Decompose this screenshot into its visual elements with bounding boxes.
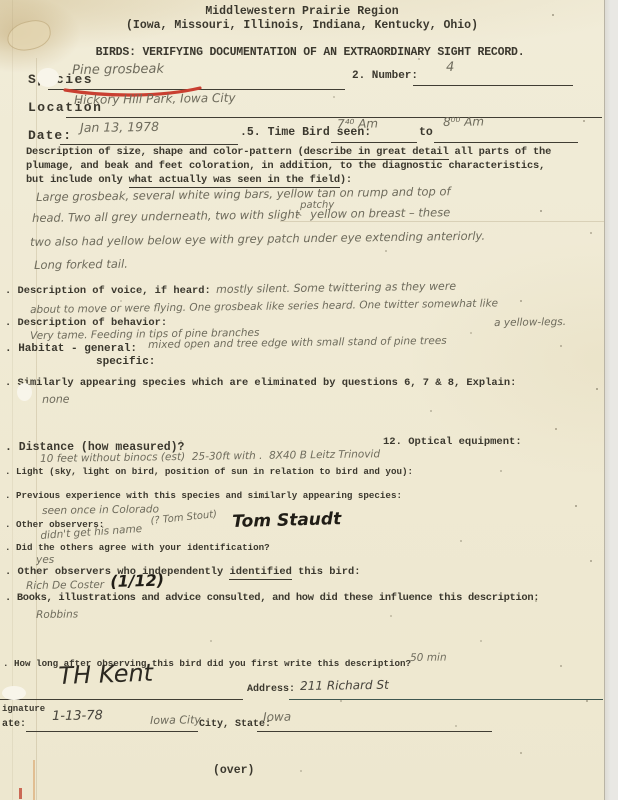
signature-line <box>0 699 243 700</box>
habitat-general-label: . Habitat - general: <box>5 343 137 355</box>
date-value: Jan 13, 1978 <box>80 119 159 135</box>
independent-label: . Other observers who independently iden… <box>5 566 360 578</box>
previous-experience-hand: seen once in Colorado <box>42 503 159 517</box>
number-value: 4 <box>446 60 454 75</box>
time-to-line <box>434 142 578 143</box>
address-label: Address: <box>247 684 295 695</box>
other-observers-marker-name: Tom Staudt <box>232 509 341 532</box>
books-hand: Robbins <box>36 608 78 621</box>
time-from-line <box>331 142 417 143</box>
over-label: (over) <box>213 764 254 777</box>
agree-hand: yes <box>36 554 54 566</box>
signature-hand: TH Kent <box>58 659 154 690</box>
species-value: Pine grosbeak <box>72 62 164 78</box>
description-hand-line4: Long forked tail. <box>34 257 128 272</box>
location-value: Hickory Hill Park, Iowa City <box>74 91 236 107</box>
city-state-label: City, State: <box>199 719 271 730</box>
city-hand: Iowa City <box>150 713 201 727</box>
habitat-specific-label: specific: <box>96 356 155 368</box>
previous-experience-label: . Previous experience with this species … <box>5 490 402 501</box>
similar-whiteout-blotch <box>17 383 32 401</box>
scanner-margin <box>604 0 618 800</box>
description-insert-caret: ^ <box>295 213 303 223</box>
address-value: 211 Richard St <box>300 678 389 693</box>
behavior-label: . Description of behavior: <box>5 317 167 329</box>
description-label-1c: all parts of the <box>449 146 552 158</box>
voice-hand-line3: a yellow-legs. <box>494 316 566 329</box>
light-label: . Light (sky, light on bird, position of… <box>5 466 413 477</box>
scanned-form: Middlewestern Prairie Region (Iowa, Miss… <box>0 0 618 800</box>
fold-crease-horizontal <box>280 221 604 222</box>
independent-label-b-underlined: identified <box>229 566 291 580</box>
location-line <box>66 117 602 118</box>
date-sign-value: 1-13-78 <box>52 708 103 724</box>
description-label-3c: ): <box>340 174 352 186</box>
description-label-1a: Description of size, shape and color-pat… <box>26 146 304 158</box>
state-line <box>257 731 492 732</box>
edge-crease <box>12 0 13 800</box>
date-line <box>60 144 238 145</box>
paper-speckles <box>0 0 2 2</box>
description-label-1b-underlined: describe in great detail <box>304 146 449 160</box>
time-to-value: 8⁰⁰ Am <box>443 114 484 129</box>
date-label: Date: <box>28 128 72 143</box>
header-region: Middlewestern Prairie Region <box>0 5 604 18</box>
date-sign-label: ate: <box>2 719 26 730</box>
write-delay-hand: 50 min <box>410 651 447 664</box>
crease-bottom-tint <box>33 760 35 800</box>
number-line <box>413 85 573 86</box>
independent-hand-name: Rich De Coster <box>26 579 104 592</box>
time-to-label: to <box>419 126 433 139</box>
agree-label: . Did the others agree with your identif… <box>5 542 270 553</box>
time-from-value: 7⁴⁰ Am <box>337 116 378 131</box>
description-label-line3: but include only what actually was seen … <box>26 174 352 186</box>
description-label-3a: but include only <box>26 174 129 186</box>
date-sign-line <box>26 731 198 732</box>
header-states: (Iowa, Missouri, Illinois, Indiana, Kent… <box>0 19 604 32</box>
signature-whiteout-blotch <box>2 686 26 700</box>
number-label: 2. Number: <box>352 70 418 82</box>
address-line <box>289 699 603 700</box>
edge-red-mark <box>19 788 22 799</box>
form-title: BIRDS: VERIFYING DOCUMENTATION OF AN EXT… <box>0 46 618 59</box>
species-whiteout-blotch <box>37 68 59 87</box>
signature-label: ignature <box>2 704 45 714</box>
state-value: Iowa <box>263 710 291 724</box>
books-label: . Books, illustrations and advice consul… <box>5 592 539 604</box>
similar-species-label: . Similarly appearing species which are … <box>5 377 516 389</box>
voice-label: . Description of voice, if heard: <box>5 285 211 297</box>
description-label-line1: Description of size, shape and color-pat… <box>26 146 551 158</box>
independent-label-c: this bird: <box>292 566 361 578</box>
description-label-line2: plumage, and beak and feet coloration, i… <box>26 160 545 172</box>
similar-species-hand: none <box>42 393 70 406</box>
optical-equipment-label: 12. Optical equipment: <box>383 436 522 448</box>
independent-marker-date: (1/12) <box>110 571 164 591</box>
